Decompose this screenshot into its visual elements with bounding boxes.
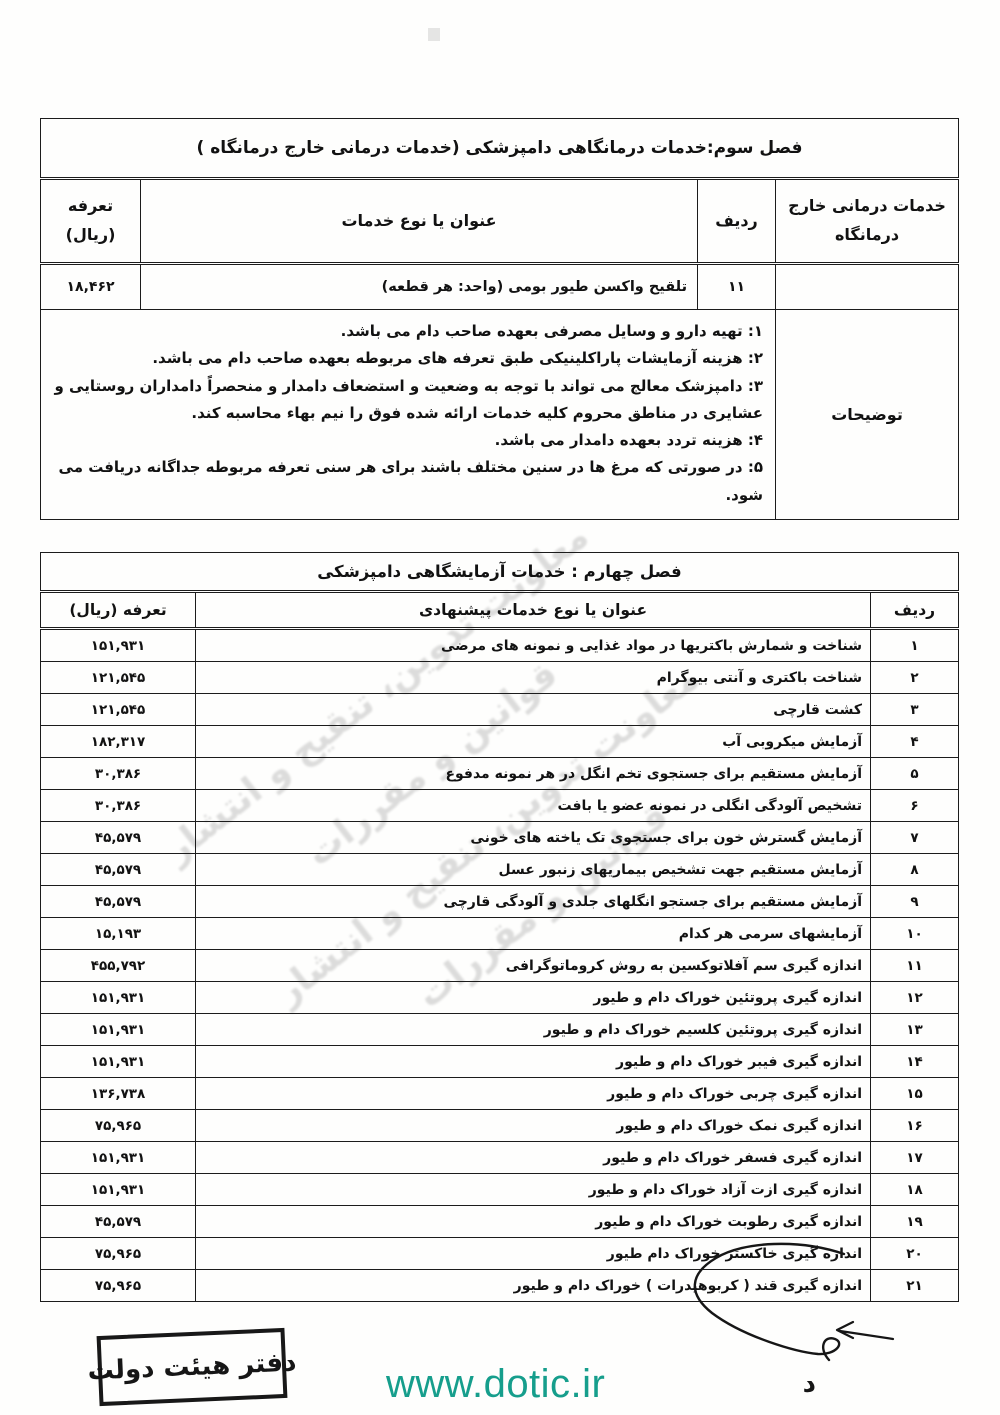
cell-tariff: ۴۵,۵۷۹: [41, 822, 196, 854]
cell-service: اندازه گیری فسفر خوراک دام و طیور: [196, 1142, 871, 1174]
cell-service: اندازه گیری نمک خوراک دام و طیور: [196, 1110, 871, 1142]
cell-service: کشت قارچی: [196, 694, 871, 726]
cell-service: اندازه گیری ازت آزاد خوراک دام و طیور: [196, 1174, 871, 1206]
pen-arrow: [837, 1322, 893, 1339]
cell-row-no: ۱۱: [698, 264, 776, 310]
cell-tariff: ۱۸۲,۳۱۷: [41, 726, 196, 758]
cell-tariff: ۱۲۱,۵۴۵: [41, 694, 196, 726]
cell-row-no: ۷: [871, 822, 959, 854]
cell-tariff: ۴۵,۵۷۹: [41, 1206, 196, 1238]
handwritten-signature-mark: د: [648, 1236, 908, 1406]
table-row: ۱شناخت و شمارش باکتریها در مواد غذایی و …: [41, 629, 959, 662]
pen-loop: [695, 1244, 844, 1360]
cell-service: تشخیص آلودگی انگلی در نمونه عضو یا بافت: [196, 790, 871, 822]
cell-service: اندازه گیری سم آفلاتوکسین به روش کروماتو…: [196, 950, 871, 982]
cell-row-no: ۱۳: [871, 1014, 959, 1046]
cell-service: آزمایش مستقیم برای جستجو انگلهای جلدی و …: [196, 886, 871, 918]
cell-service: تلقیح واکسن طیور بومی (واحد: هر قطعه): [141, 264, 698, 310]
cell-tariff: ۱۳۶,۷۳۸: [41, 1078, 196, 1110]
chapter3-table: فصل سوم:خدمات درمانگاهی دامپزشکی (خدمات …: [40, 118, 959, 520]
cell-service: آزمایش مستقیم برای جستجوی تخم انگل در هر…: [196, 758, 871, 790]
table-row: ۱۶اندازه گیری نمک خوراک دام و طیور۷۵,۹۶۵: [41, 1110, 959, 1142]
cell-service: آزمایشهای سرمی هر کدام: [196, 918, 871, 950]
chapter3-header-service: عنوان یا نوع خدمات: [141, 179, 698, 264]
cell-category-empty: [776, 264, 959, 310]
cell-row-no: ۹: [871, 886, 959, 918]
cell-row-no: ۱۴: [871, 1046, 959, 1078]
chapter4-table: فصل چهارم : خدمات آزمایشگاهی دامپزشکی رد…: [40, 552, 959, 1302]
table-row: ۷آزمایش گسترش خون برای جستجوی تک یاخته ه…: [41, 822, 959, 854]
stamp-text: دفتر هیئت دولت: [87, 1347, 297, 1386]
table-row: ۱۵اندازه گیری چربی خوراک دام و طیور۱۳۶,۷…: [41, 1078, 959, 1110]
chapter3-header-tariff: تعرفه (ریال): [41, 179, 141, 264]
cell-tariff: ۴۵,۵۷۹: [41, 854, 196, 886]
cell-service: آزمایش میکروبی آب: [196, 726, 871, 758]
table-row: ۱۰آزمایشهای سرمی هر کدام۱۵,۱۹۳: [41, 918, 959, 950]
chapter4-title: فصل چهارم : خدمات آزمایشگاهی دامپزشکی: [41, 553, 959, 592]
handwritten-letter: د: [803, 1369, 816, 1399]
table-row: ۱۹اندازه گیری رطوبت خوراک دام و طیور۴۵,۵…: [41, 1206, 959, 1238]
cell-tariff: ۱۵۱,۹۳۱: [41, 629, 196, 662]
notes-label: توضیحات: [776, 310, 959, 520]
cell-service: اندازه گیری چربی خوراک دام و طیور: [196, 1078, 871, 1110]
cell-row-no: ۴: [871, 726, 959, 758]
table-row: ۶تشخیص آلودگی انگلی در نمونه عضو یا بافت…: [41, 790, 959, 822]
cell-service: آزمایش مستقیم جهت تشخیص بیماریهای زنبور …: [196, 854, 871, 886]
website-watermark: www.dotic.ir: [386, 1362, 605, 1407]
cell-service: اندازه گیری پروتئین خوراک دام و طیور: [196, 982, 871, 1014]
table-row: ۲شناخت باکتری و آنتی بیوگرام۱۲۱,۵۴۵: [41, 662, 959, 694]
cell-row-no: ۸: [871, 854, 959, 886]
cell-tariff: ۱۵۱,۹۳۱: [41, 1142, 196, 1174]
cell-service: آزمایش گسترش خون برای جستجوی تک یاخته ها…: [196, 822, 871, 854]
chapter4-header-row-no: ردیف: [871, 592, 959, 629]
cell-row-no: ۳: [871, 694, 959, 726]
table-row: ۹آزمایش مستقیم برای جستجو انگلهای جلدی و…: [41, 886, 959, 918]
cell-row-no: ۶: [871, 790, 959, 822]
scanned-document-page: معاونت تدوین، تنقیح و انتشار قوانین و مق…: [0, 0, 1000, 1415]
cell-row-no: ۱۲: [871, 982, 959, 1014]
note-line: ۵: در صورتی که مرغ ها در سنین مختلف باشن…: [49, 454, 763, 509]
cell-service: اندازه گیری فیبر خوراک دام و طیور: [196, 1046, 871, 1078]
table-row: ۱۳اندازه گیری پروتئین کلسیم خوراک دام و …: [41, 1014, 959, 1046]
cell-row-no: ۱۷: [871, 1142, 959, 1174]
cell-tariff: ۱۵,۱۹۳: [41, 918, 196, 950]
cell-tariff: ۴۵۵,۷۹۲: [41, 950, 196, 982]
table-row: ۱۱اندازه گیری سم آفلاتوکسین به روش کروما…: [41, 950, 959, 982]
cell-row-no: ۱۸: [871, 1174, 959, 1206]
note-line: ۲: هزینه آزمایشات پاراکلینیکی طبق تعرفه …: [49, 345, 763, 372]
cell-tariff: ۱۲۱,۵۴۵: [41, 662, 196, 694]
cell-row-no: ۱۶: [871, 1110, 959, 1142]
cell-row-no: ۱۰: [871, 918, 959, 950]
cell-tariff: ۷۵,۹۶۵: [41, 1110, 196, 1142]
cell-tariff: ۱۵۱,۹۳۱: [41, 1046, 196, 1078]
government-office-stamp: دفتر هیئت دولت: [97, 1328, 288, 1406]
cell-tariff: ۷۵,۹۶۵: [41, 1238, 196, 1270]
cell-service: شناخت و شمارش باکتریها در مواد غذایی و ن…: [196, 629, 871, 662]
table-row: ۳کشت قارچی۱۲۱,۵۴۵: [41, 694, 959, 726]
chapter3-header-category: خدمات درمانی خارج درمانگاه: [776, 179, 959, 264]
table-row: ۱۸اندازه گیری ازت آزاد خوراک دام و طیور۱…: [41, 1174, 959, 1206]
chapter3-header-row-no: ردیف: [698, 179, 776, 264]
cell-tariff: ۳۰,۳۸۶: [41, 790, 196, 822]
table-row: ۵آزمایش مستقیم برای جستجوی تخم انگل در ه…: [41, 758, 959, 790]
cell-tariff: ۱۵۱,۹۳۱: [41, 982, 196, 1014]
table-row: ۱۱ تلقیح واکسن طیور بومی (واحد: هر قطعه)…: [41, 264, 959, 310]
table-row: ۱۴اندازه گیری فیبر خوراک دام و طیور۱۵۱,۹…: [41, 1046, 959, 1078]
cell-row-no: ۵: [871, 758, 959, 790]
cell-row-no: ۱۹: [871, 1206, 959, 1238]
cell-row-no: ۱۵: [871, 1078, 959, 1110]
cell-tariff: ۳۰,۳۸۶: [41, 758, 196, 790]
cell-service: اندازه گیری رطوبت خوراک دام و طیور: [196, 1206, 871, 1238]
table-row: ۴آزمایش میکروبی آب۱۸۲,۳۱۷: [41, 726, 959, 758]
cell-row-no: ۱: [871, 629, 959, 662]
note-line: ۱: تهیه دارو و وسایل مصرفی بعهده صاحب دا…: [49, 318, 763, 345]
cell-row-no: ۱۱: [871, 950, 959, 982]
cell-row-no: ۲: [871, 662, 959, 694]
chapter4-header-tariff: تعرفه (ریال): [41, 592, 196, 629]
table-row: ۸آزمایش مستقیم جهت تشخیص بیماریهای زنبور…: [41, 854, 959, 886]
cell-service: شناخت باکتری و آنتی بیوگرام: [196, 662, 871, 694]
cell-service: اندازه گیری پروتئین کلسیم خوراک دام و طی…: [196, 1014, 871, 1046]
cell-tariff: ۱۵۱,۹۳۱: [41, 1014, 196, 1046]
cell-tariff: ۷۵,۹۶۵: [41, 1270, 196, 1302]
table-row: ۱۲اندازه گیری پروتئین خوراک دام و طیور۱۵…: [41, 982, 959, 1014]
note-line: ۳: دامپزشک معالج می تواند با توجه به وضع…: [49, 373, 763, 428]
table-row: ۱۷اندازه گیری فسفر خوراک دام و طیور۱۵۱,۹…: [41, 1142, 959, 1174]
cell-tariff: ۱۵۱,۹۳۱: [41, 1174, 196, 1206]
notes-cell: ۱: تهیه دارو و وسایل مصرفی بعهده صاحب دا…: [41, 310, 776, 520]
chapter3-title: فصل سوم:خدمات درمانگاهی دامپزشکی (خدمات …: [41, 119, 959, 179]
note-line: ۴: هزینه تردد بعهده دامدار می باشد.: [49, 427, 763, 454]
cell-tariff: ۴۵,۵۷۹: [41, 886, 196, 918]
scan-artifact: [428, 28, 440, 41]
cell-tariff: ۱۸,۴۶۲: [41, 264, 141, 310]
chapter4-header-service: عنوان یا نوع خدمات پیشنهادی: [196, 592, 871, 629]
